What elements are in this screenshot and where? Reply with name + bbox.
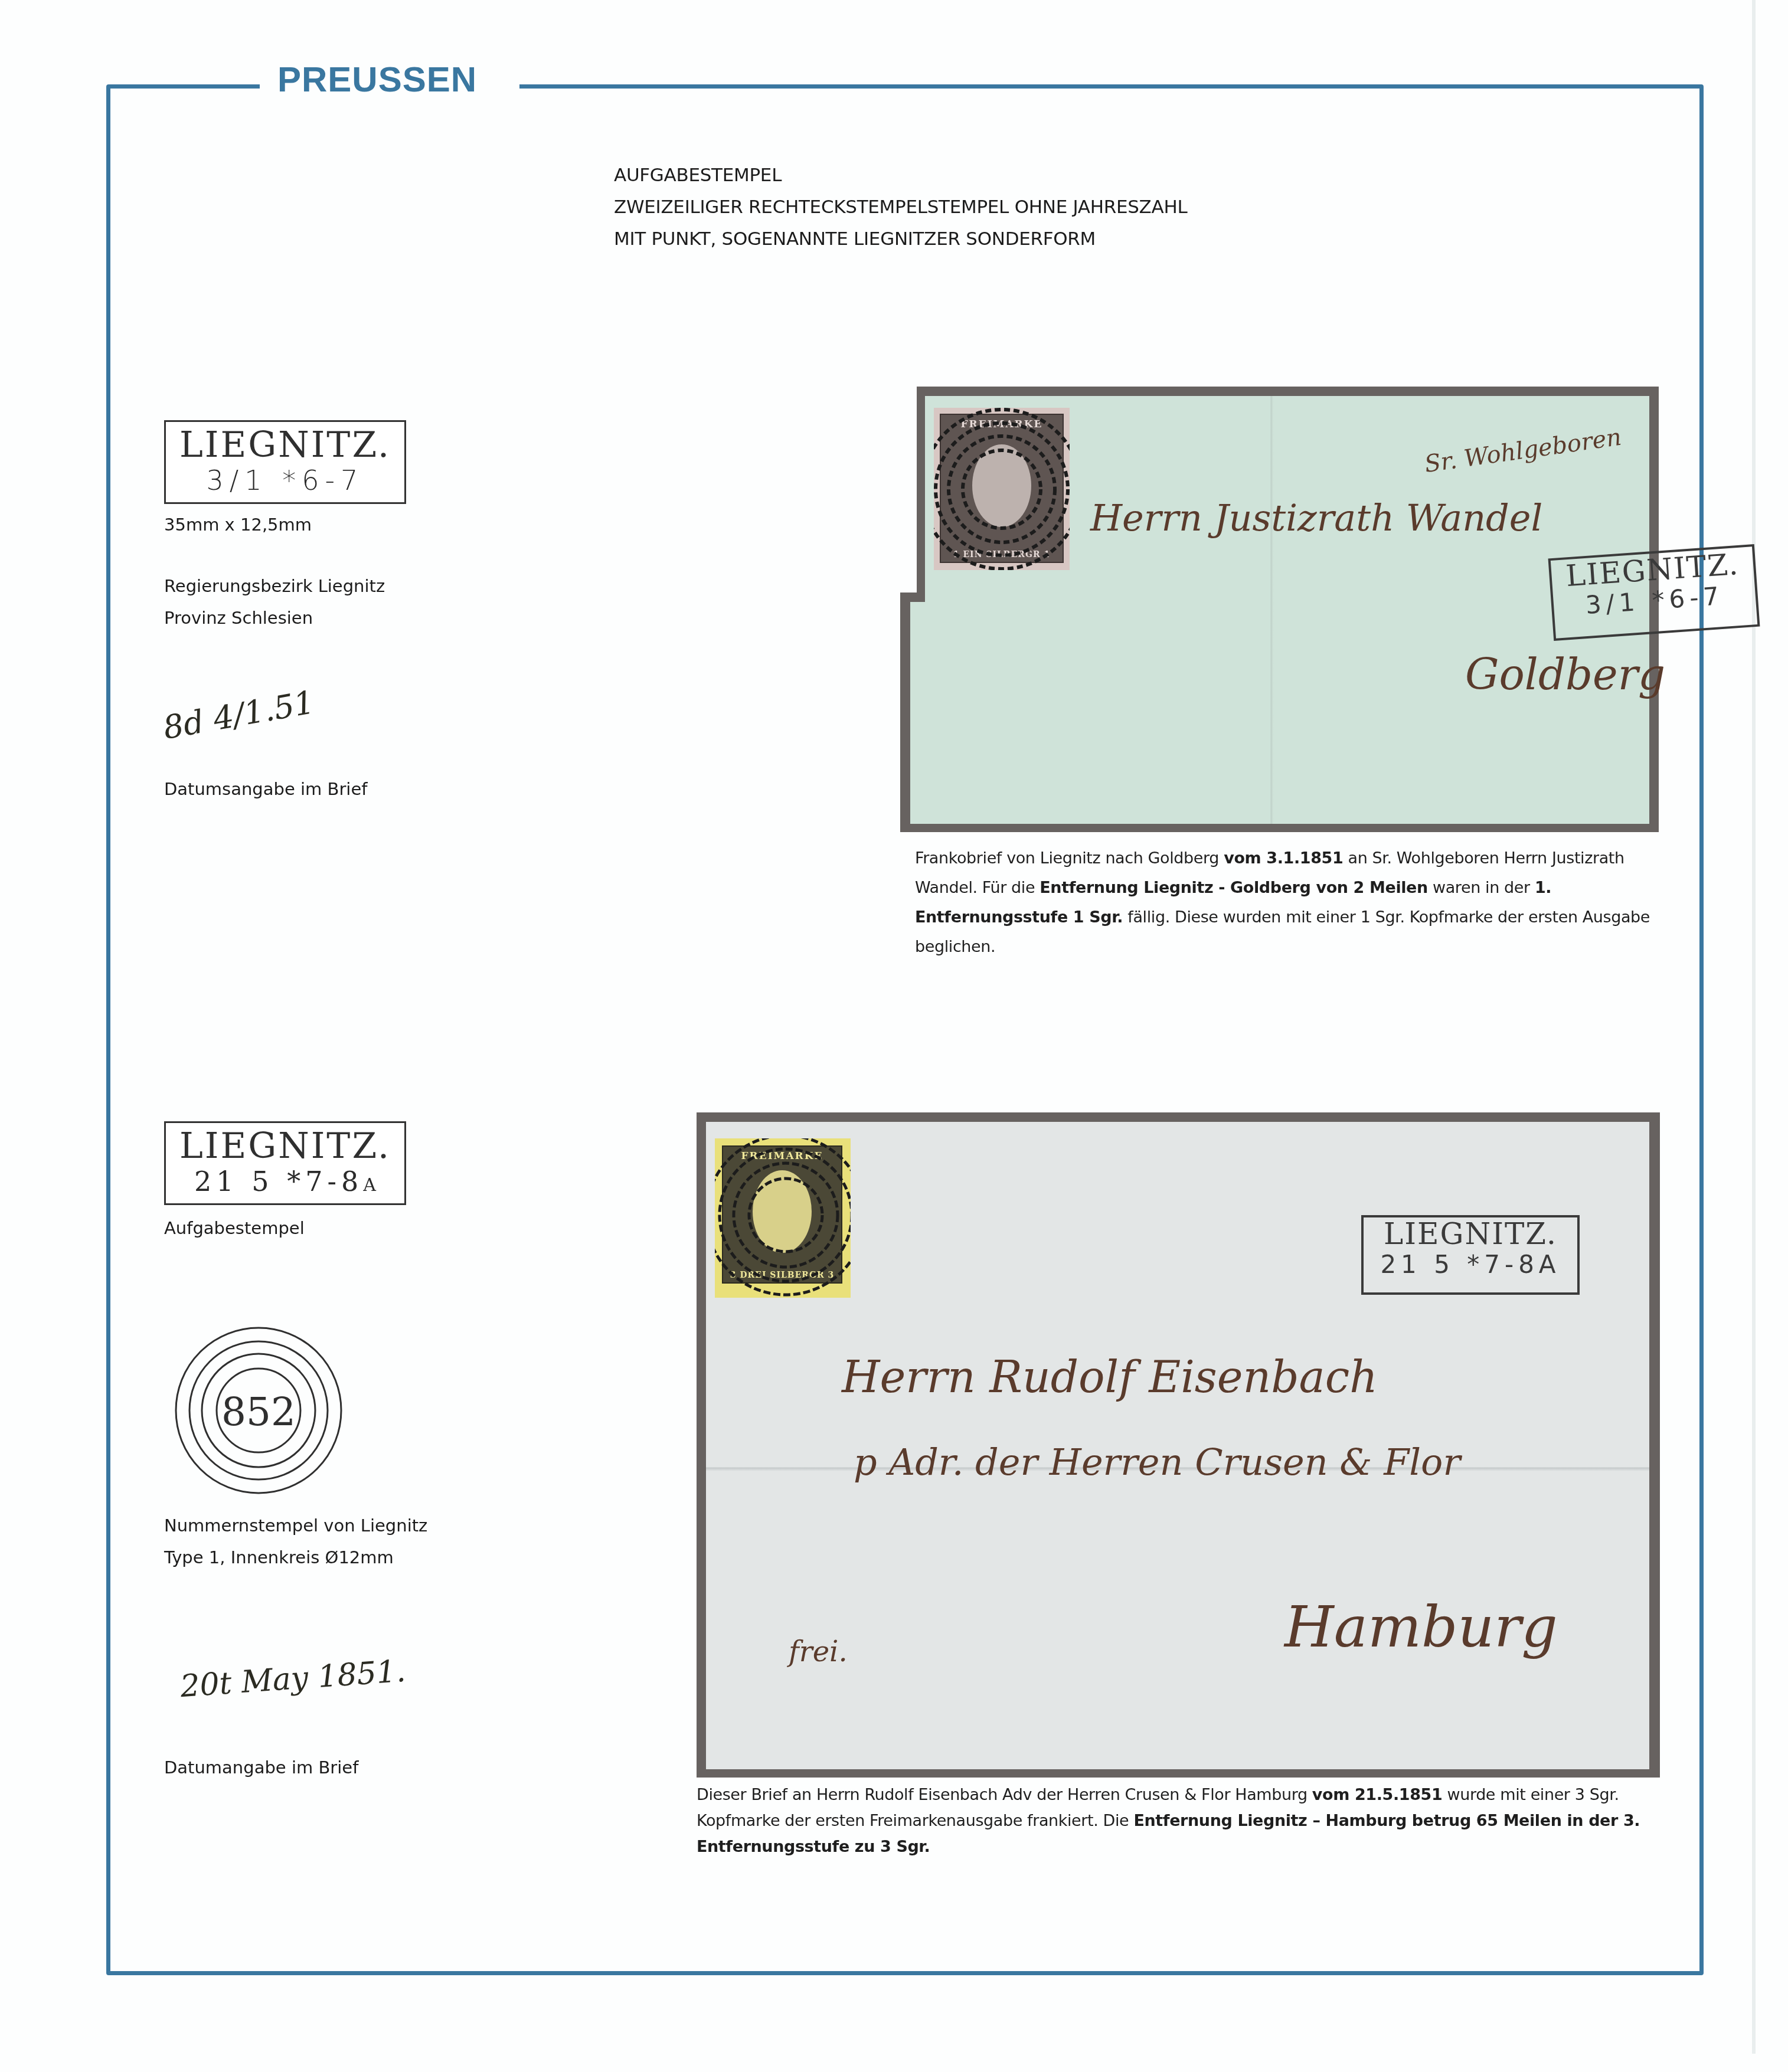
date-caption-2: Datumangabe im Brief (164, 1752, 358, 1783)
stamp-frame: FREIMARKE 1 EIN SILBERGR 1 (940, 414, 1064, 563)
page-title: PREUSSEN (277, 59, 477, 100)
address-note-frei: frei. (789, 1635, 848, 1668)
address-line-2: p Adr. der Herren Crusen & Flor (854, 1441, 1460, 1484)
heading-line: MIT PUNKT, SOGENANNTE LIEGNITZER SONDERF… (614, 223, 1187, 255)
aufgabestempel-caption: Aufgabestempel (164, 1212, 305, 1244)
postage-stamp-1sgr: FREIMARKE 1 EIN SILBERGR 1 (934, 408, 1070, 570)
stamp-town: LIEGNITZ. (166, 1127, 404, 1166)
address-honorific: Sr. Wohlgeboren (1423, 424, 1623, 478)
date-caption-1: Datumsangabe im Brief (164, 773, 367, 805)
cover1-notch-paper (910, 602, 928, 824)
reference-box-stamp-1: LIEGNITZ. 3/1 *6-7 (164, 420, 406, 504)
cover2-description: Dieser Brief an Herrn Rudolf Eisenbach A… (697, 1782, 1665, 1860)
heading-line: AUFGABESTEMPEL (614, 159, 1187, 191)
address-city: Goldberg (1465, 650, 1665, 699)
postage-stamp-3sgr: FREIMARKE 3 DREI SILBERGR 3 (715, 1138, 851, 1298)
stamp-date-main: 21 5 *7-8 (194, 1166, 363, 1197)
description-emphasis: vom 21.5.1851 (1312, 1786, 1443, 1804)
svg-text:852: 852 (221, 1389, 296, 1435)
king-portrait-icon (753, 1170, 812, 1253)
number-stamp-type-caption: Type 1, Innenkreis Ø12mm (164, 1541, 394, 1573)
description-text: waren in der (1428, 879, 1535, 897)
stamp-date: 3/1 *6-7 (166, 464, 404, 496)
cover1-description: Frankobrief von Liegnitz nach Goldberg v… (915, 844, 1671, 962)
cover-letter-hamburg: FREIMARKE 3 DREI SILBERGR 3 LIEGNITZ. 21… (697, 1112, 1660, 1778)
address-name: Herrn Justizrath Wandel (1090, 496, 1542, 539)
description-text: Frankobrief von Liegnitz nach Goldberg (915, 849, 1224, 868)
king-portrait-icon (972, 444, 1031, 527)
stamp-top-label: FREIMARKE (941, 418, 1063, 430)
stamp-town: LIEGNITZ. (166, 425, 404, 464)
description-emphasis: Entfernung Liegnitz - Goldberg von 2 Mei… (1040, 879, 1428, 897)
concentric-rings-icon: 852 (173, 1325, 344, 1496)
stamp-top-label: FREIMARKE (723, 1150, 841, 1162)
number-stamp-caption: Nummernstempel von Liegnitz (164, 1510, 427, 1541)
number-stamp-852: 852 (173, 1325, 344, 1496)
reference-box-stamp-2: LIEGNITZ. 21 5 *7-8A (164, 1121, 406, 1205)
region-caption: Regierungsbezirk Liegnitz (164, 570, 385, 602)
stamp-size-caption: 35mm x 12,5mm (164, 509, 312, 541)
stamp-frame: FREIMARKE 3 DREI SILBERGR 3 (722, 1145, 842, 1284)
description-emphasis: vom 3.1.1851 (1224, 849, 1343, 868)
cover-box-stamp: LIEGNITZ. 21 5 *7-8A (1361, 1215, 1580, 1295)
cover-paper: FREIMARKE 1 EIN SILBERGR 1 Sr. Wohlgebor… (925, 396, 1649, 824)
cover-letter-goldberg: FREIMARKE 1 EIN SILBERGR 1 Sr. Wohlgebor… (917, 387, 1659, 832)
cover-box-stamp: LIEGNITZ. 3/1 *6-7 (1548, 544, 1760, 641)
stamp-town: LIEGNITZ. (1364, 1217, 1577, 1251)
stamp-date: 21 5 *7-8A (166, 1166, 404, 1202)
stamp-date: 21 5 *7-8A (1364, 1251, 1577, 1279)
address-city: Hamburg (1284, 1594, 1558, 1660)
stamp-bottom-label: 1 EIN SILBERGR 1 (941, 550, 1063, 559)
stamp-bottom-label: 3 DREI SILBERGR 3 (723, 1271, 841, 1280)
heading-line: ZWEIZEILIGER RECHTECKSTEMPELSTEMPEL OHNE… (614, 191, 1187, 223)
province-caption: Provinz Schlesien (164, 602, 313, 634)
stamp-date-suffix: A (363, 1175, 376, 1196)
description-text: Dieser Brief an Herrn Rudolf Eisenbach A… (697, 1786, 1312, 1804)
section-heading: AUFGABESTEMPEL ZWEIZEILIGER RECHTECKSTEM… (614, 159, 1187, 255)
scan-edge (1752, 0, 1756, 2054)
cover-paper: FREIMARKE 3 DREI SILBERGR 3 LIEGNITZ. 21… (706, 1122, 1649, 1769)
address-line-1: Herrn Rudolf Eisenbach (842, 1352, 1378, 1403)
